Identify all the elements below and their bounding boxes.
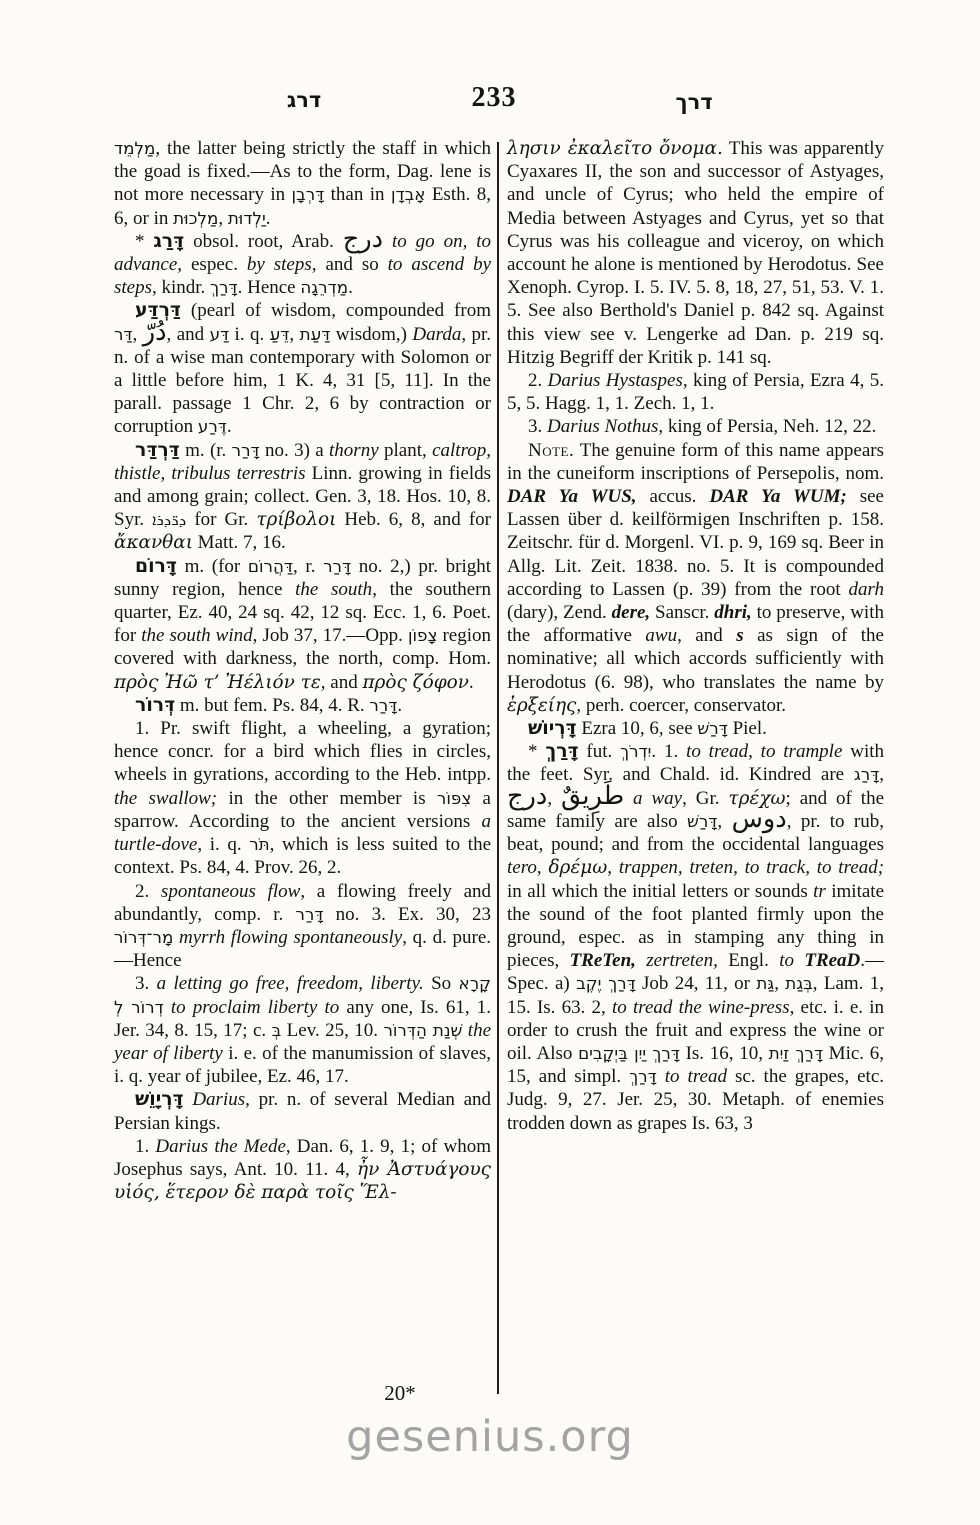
text-segment: i. q.	[229, 324, 270, 345]
hebrew-text: דַּעַת	[300, 324, 331, 344]
text-segment: to tread the wine-press	[612, 997, 790, 1018]
text-segment: thorny	[329, 440, 379, 461]
text-segment: ,	[607, 857, 619, 878]
hebrew-text: מַדְרֵגָה	[300, 277, 348, 297]
hebrew-text: דַּע	[210, 324, 230, 344]
hebrew-text: דְּרוֹר	[135, 695, 175, 716]
text-segment: Matt. 7, 16.	[193, 532, 286, 553]
text-segment: ,	[774, 973, 785, 994]
hebrew-text: דָּרְיָוֵשׁ	[135, 1089, 184, 1110]
text-segment: DAR Ya WUS,	[507, 486, 637, 507]
hebrew-text: דָּרַךְ	[210, 277, 238, 297]
text-segment: the south wind	[141, 625, 252, 646]
text-segment: Ezra 10, 6, see	[577, 718, 698, 739]
dictionary-paragraph: * דָּרַךְ fut. יִדְרֹךְ. 1. to tread, to…	[507, 740, 884, 1134]
dictionary-paragraph: דָּרוֹם m. (for דַּהֲרוֹם, r. דָּרַר no.…	[114, 555, 491, 694]
text-segment: no. 3. Ex. 30, 23	[323, 904, 491, 925]
dictionary-paragraph: דַּרְדַּר m. (r. דָּרַר no. 3) a thorny …	[114, 439, 491, 555]
text-segment: , i. q.	[197, 834, 249, 855]
text-segment: wisdom,)	[330, 324, 412, 345]
dictionary-paragraph: * דָּרַג obsol. root, Arab. درج to go on…	[114, 230, 491, 300]
page: דרג 233 דרך מַלְמֵד, the latter being st…	[0, 0, 980, 1525]
text-segment: DAR Ya WUM;	[709, 486, 846, 507]
text-segment: Note.	[528, 440, 574, 461]
text-segment	[383, 231, 392, 252]
column-divider-rule	[497, 142, 499, 1394]
hebrew-text: מַלְמֵד	[114, 138, 155, 158]
text-segment: dere,	[612, 602, 651, 623]
text-segment: no. 3) a	[260, 440, 329, 461]
hebrew-text: דָּרַךְ זַיִת	[769, 1043, 823, 1063]
text-segment: ,	[289, 324, 299, 345]
text-segment: to tread, to trample	[686, 741, 842, 762]
text-segment: . 1.	[651, 741, 686, 762]
greek-text: δρέμω	[548, 857, 607, 878]
text-segment: ,	[537, 857, 549, 878]
hebrew-text: דָּרַךְ יֶקֶב	[576, 973, 636, 993]
text-segment: to	[779, 950, 794, 971]
dictionary-paragraph: λησιν ἐκαλεῖτο ὄνομα. This was apparentl…	[507, 137, 884, 369]
arabic-text: درج	[507, 781, 547, 811]
text-segment: trappen, treten, to track, to tread;	[619, 857, 884, 878]
text-segment: Darius Hystaspes	[548, 370, 683, 391]
text-segment: fut.	[579, 741, 621, 762]
hebrew-text: דָּרַשׁ	[687, 811, 717, 831]
hebrew-text: דָּרַר	[323, 556, 351, 576]
dictionary-paragraph: 2. spontaneous flow, a flowing freely an…	[114, 880, 491, 973]
hebrew-text: דָּרְיוֹשׁ	[528, 718, 577, 739]
arabic-text: طَرِيقٌ	[561, 781, 624, 811]
text-segment: accus.	[637, 486, 710, 507]
text-segment: ,	[133, 324, 143, 345]
hebrew-text: דָּרַר	[369, 695, 397, 715]
text-segment: tero	[507, 857, 537, 878]
text-segment: Heb. 6, 8, and for	[336, 509, 491, 530]
text-segment: 3.	[135, 973, 157, 994]
text-segment: ,	[717, 811, 731, 832]
watermark: gesenius.org	[0, 1416, 980, 1459]
hebrew-text: דָּרַךְ יַיִן בַּיְקָבִים	[578, 1043, 680, 1063]
hebrew-text: דָּרַךְ	[545, 741, 578, 762]
text-segment: spontaneous flow	[161, 881, 300, 902]
hebrew-text: דָּרַג	[854, 764, 879, 784]
hebrew-text: דָּרוֹם	[135, 556, 177, 577]
text-segment: , kindr.	[152, 277, 210, 298]
text-segment: .	[469, 672, 474, 693]
text-segment: tr	[813, 881, 826, 902]
hebrew-text: דָּרְבָן	[292, 184, 325, 204]
text-segment: Darius Nothus	[547, 416, 658, 437]
hebrew-text: דֶּרַע	[198, 416, 227, 436]
text-segment: .	[348, 277, 353, 298]
syriac-text: ܕܪ̈ܕܪܐ	[152, 511, 186, 529]
hebrew-text: צִפּוֹר	[437, 788, 471, 808]
text-column-left: מַלְמֵד, the latter being strictly the s…	[114, 137, 491, 1204]
hebrew-text: צָפוֹן	[408, 625, 437, 645]
text-segment: the south	[295, 579, 372, 600]
text-segment: .	[266, 208, 271, 229]
hebrew-text: דָּרַשׁ	[697, 718, 727, 738]
text-segment: for Gr.	[186, 509, 256, 530]
dictionary-paragraph: דְּרוֹר m. but fem. Ps. 84, 4. R. דָּרַר…	[114, 694, 491, 717]
greek-text: ἑρξείης	[507, 695, 576, 716]
dictionary-paragraph: 3. a letting go free, freedom, liberty. …	[114, 972, 491, 1088]
text-segment: , and so	[312, 254, 388, 275]
text-segment: in all which the initial letters or soun…	[507, 881, 813, 902]
text-segment: , and	[321, 672, 363, 693]
text-segment: m. but fem. Ps. 84, 4. R.	[175, 695, 369, 716]
hebrew-text: בְּגַת	[785, 973, 813, 993]
text-segment: zertreten,	[646, 950, 718, 971]
running-head-right-word: דרך	[662, 92, 726, 113]
text-segment: Darda	[412, 324, 461, 345]
text-segment: ,	[879, 764, 884, 785]
hebrew-text: דָּרַר	[232, 440, 260, 460]
text-segment: espec.	[182, 254, 247, 275]
text-segment: TReaD	[804, 950, 860, 971]
text-segment: myrrh flowing spontaneously	[179, 927, 402, 948]
text-segment: , Gr.	[682, 788, 728, 809]
text-segment: 3.	[528, 416, 547, 437]
text-segment: darh	[848, 579, 884, 600]
text-segment: , and	[167, 324, 210, 345]
hebrew-text: דַּר	[114, 324, 133, 344]
text-segment: *	[135, 231, 153, 252]
greek-text: πρὸς ζόφον	[362, 672, 468, 693]
dictionary-paragraph: דַּרְדַּע (pearl of wisdom, compounded f…	[114, 299, 491, 438]
dictionary-paragraph: 1. Darius the Mede, Dan. 6, 1. 9, 1; of …	[114, 1135, 491, 1205]
dictionary-paragraph: דָּרְיָוֵשׁ Darius, pr. n. of several Me…	[114, 1088, 491, 1134]
text-segment: 1. Pr. swift flight, a wheeling, a gyrat…	[114, 718, 491, 785]
text-segment	[624, 788, 633, 809]
text-segment: than in	[324, 184, 391, 205]
text-segment: to tread	[665, 1066, 727, 1087]
text-segment: to proclaim liberty to	[171, 997, 339, 1018]
text-segment: This was apparently Cyaxares II, the son…	[507, 138, 884, 368]
page-number: 233	[452, 84, 536, 112]
text-segment: Piel.	[728, 718, 767, 739]
arabic-text: دوس	[732, 804, 787, 834]
hebrew-text: דָּרַךְ	[629, 1066, 657, 1086]
greek-text: πρὸς Ἠῶ τ’ Ἠέλιόν τε	[114, 672, 321, 693]
text-segment	[657, 1066, 665, 1087]
text-segment: , and	[677, 625, 736, 646]
text-segment: awu	[645, 625, 677, 646]
hebrew-text: דָּרַר	[295, 904, 323, 924]
hebrew-text: דַּרְדַּר	[135, 440, 180, 461]
hebrew-text: יַלְדוּת	[228, 208, 266, 228]
text-segment	[636, 950, 646, 971]
signature-mark: 20*	[350, 1383, 450, 1404]
dictionary-paragraph: 3. Darius Nothus, king of Persia, Neh. 1…	[507, 415, 884, 438]
dictionary-paragraph: דָּרְיוֹשׁ Ezra 10, 6, see דָּרַשׁ Piel.	[507, 717, 884, 740]
text-segment: , perh. coercer, conservator.	[576, 695, 786, 716]
hebrew-text: מָר־דְּרוֹר	[114, 927, 173, 947]
text-segment: ,	[218, 208, 228, 229]
text-column-right: λησιν ἐκαλεῖτο ὄνομα. This was apparentl…	[507, 137, 884, 1135]
hebrew-text: מַלְכוּת	[173, 208, 218, 228]
hebrew-text: תֹּר	[249, 834, 269, 854]
text-segment: TReTen,	[570, 950, 636, 971]
text-segment: (pearl of wisdom, compounded from	[181, 300, 491, 321]
text-segment: plant,	[379, 440, 432, 461]
dictionary-paragraph: 2. Darius Hystaspes, king of Persia, Ezr…	[507, 369, 884, 415]
text-segment: Job 24, 11, or	[636, 973, 757, 994]
text-segment: in the other member is	[217, 788, 437, 809]
text-segment: .	[227, 416, 232, 437]
greek-text: ἄκανθαι	[114, 532, 193, 553]
text-segment	[164, 997, 171, 1018]
text-segment: *	[528, 741, 545, 762]
text-segment: , Job 37, 17.—Opp.	[253, 625, 408, 646]
text-segment: . Hence	[238, 277, 301, 298]
running-head: דרג 233 דרך	[0, 0, 980, 130]
dictionary-paragraph: 1. Pr. swift flight, a wheeling, a gyrat…	[114, 717, 491, 879]
hebrew-text: גַּת	[756, 973, 774, 993]
text-segment: 2.	[135, 881, 161, 902]
dictionary-paragraph: Note. The genuine form of this name appe…	[507, 439, 884, 717]
text-segment: m. (for	[177, 556, 248, 577]
text-segment: Lev. 25, 10.	[281, 1020, 383, 1041]
arabic-text: درج	[343, 224, 383, 254]
text-segment: m. (r.	[180, 440, 232, 461]
hebrew-text: יִדְרֹךְ	[620, 741, 651, 761]
hebrew-text: שְׁנַת הַדְּרוֹר	[383, 1020, 462, 1040]
text-segment: So	[424, 973, 459, 994]
greek-text: τρίβολοι	[256, 509, 336, 530]
dictionary-paragraph: מַלְמֵד, the latter being strictly the s…	[114, 137, 491, 230]
text-segment: 1.	[135, 1136, 155, 1157]
text-segment: obsol. root, Arab.	[184, 231, 343, 252]
text-segment: 2.	[528, 370, 548, 391]
text-segment: , king of Persia, Neh. 12, 22.	[658, 416, 876, 437]
hebrew-text: דָּרַג	[153, 231, 184, 252]
text-segment: ,	[547, 788, 561, 809]
text-segment: .	[397, 695, 402, 716]
text-segment: Sanscr.	[650, 602, 714, 623]
text-segment: Engl.	[718, 950, 779, 971]
text-segment: s	[736, 625, 743, 646]
hebrew-text: אָבְדָן	[391, 184, 426, 204]
hebrew-text: בְּ	[272, 1020, 282, 1040]
text-segment: a way	[633, 788, 682, 809]
text-segment: Is. 16, 10,	[680, 1043, 769, 1064]
hebrew-text: דַּהֲרוֹם	[248, 556, 293, 576]
text-segment: by steps	[247, 254, 312, 275]
text-segment: dhri,	[714, 602, 752, 623]
hebrew-text: דֵּעַ	[270, 324, 290, 344]
arabic-text: دُرّ	[143, 317, 167, 347]
text-segment: the swallow;	[114, 788, 217, 809]
text-segment: Darius the Mede	[155, 1136, 286, 1157]
text-segment: , r.	[293, 556, 323, 577]
greek-text: λησιν ἐκαλεῖτο ὄνομα.	[507, 138, 723, 159]
text-segment: (dary), Zend.	[507, 602, 612, 623]
text-segment: a letting go free, freedom, liberty.	[157, 973, 424, 994]
text-segment: Darius	[192, 1089, 245, 1110]
running-head-left-word: דרג	[272, 90, 336, 111]
text-segment	[794, 950, 804, 971]
